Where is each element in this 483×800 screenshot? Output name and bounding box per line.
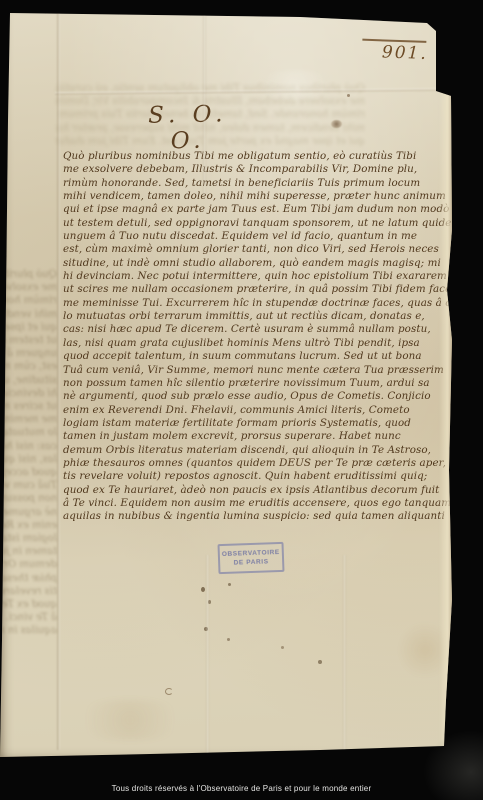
ghost-line: quod ex Te hauriaret, àdeò non paucis ex… bbox=[2, 598, 57, 611]
manuscript-line: ut scires me nullam occasionem præterire… bbox=[63, 283, 463, 296]
ghost-line: las, nisi quam grata cujuslibet hominis … bbox=[2, 453, 57, 466]
ghost-line: nè argumenti, quod sub prælo esse audio,… bbox=[2, 506, 57, 519]
ghost-line: unguem â Tuo nutu discedat. Equidem vel … bbox=[2, 347, 57, 360]
ghost-line: qui et ipse magnâ ex parte jam Tuus est.… bbox=[2, 321, 57, 334]
manuscript-line: qui et ipse magnâ ex parte jam Tuus est.… bbox=[63, 203, 463, 216]
folio-number: 901. bbox=[362, 39, 439, 65]
ghost-line: tamen in justam molem excrevit, prorsus … bbox=[2, 545, 57, 558]
manuscript-line: aquilas in nubibus & ingentia lumina sus… bbox=[63, 510, 463, 523]
manuscript-line: est, cùm maximè omnium glorier tanti, no… bbox=[63, 243, 463, 256]
paper-highlight bbox=[250, 70, 340, 100]
ghost-line: ut scires me nullam occasionem præterire… bbox=[2, 400, 57, 413]
manuscript-line: tis revelare voluit) repostos agnoscit. … bbox=[63, 470, 463, 483]
ghost-line: Tuâ cum veniâ, Vir Summe, memori nunc me… bbox=[2, 479, 57, 492]
manuscript-line: Tuâ cum veniâ, Vir Summe, memori nunc me… bbox=[63, 364, 463, 377]
manuscript-line: quod accepit talentum, in suum commutans… bbox=[63, 350, 463, 363]
ghost-line: enim ex Reverendi Dni. Fhelavii, communi… bbox=[2, 519, 57, 532]
letter-body: Quò pluribus nominibus Tibi me obligatum… bbox=[63, 150, 463, 524]
ghost-line: quod accepit talentum, in suum commutans… bbox=[2, 466, 57, 479]
ghost-line: ut testem detuli, sed oppignoravi tanqua… bbox=[2, 334, 57, 347]
foxing-stain bbox=[70, 700, 190, 740]
manuscript-line: logiam istam materiæ fertilitate formam … bbox=[63, 417, 463, 430]
manuscript-line: situdine, ut indè omni studio allaborem,… bbox=[63, 257, 463, 270]
ghost-line: demum Orbis literatus materiam discendi,… bbox=[2, 558, 57, 571]
ghost-line: situdine, ut indè omni studio allaborem,… bbox=[2, 374, 57, 387]
ghost-line: tis revelare voluit) repostos agnoscit. … bbox=[2, 585, 57, 598]
folio-number-text: 901. bbox=[362, 42, 439, 65]
manuscript-line: Quò pluribus nominibus Tibi me obligatum… bbox=[63, 150, 463, 163]
paper-crease bbox=[203, 0, 206, 195]
ghost-line: cas: nisi hæc apud Te dicerem. Certè usu… bbox=[2, 440, 57, 453]
manuscript-line: enim ex Reverendi Dni. Fhelavii, communi… bbox=[63, 404, 463, 417]
ink-speck bbox=[281, 646, 284, 649]
manuscript-line: lo mutuatas orbi terrarum immittis, aut … bbox=[63, 310, 463, 323]
ink-speck bbox=[347, 94, 350, 97]
ghost-line: est, cùm maximè omnium glorier tanti, no… bbox=[2, 360, 57, 373]
ghost-line: â Te vinci. Equidem non ausim me eruditi… bbox=[2, 611, 57, 624]
salutation: S. O. O. bbox=[128, 101, 249, 155]
manuscript-line: phiæ thesauros omnes (quantos quidem DEU… bbox=[63, 457, 463, 470]
ghost-line: logiam istam materiæ fertilitate formam … bbox=[2, 532, 57, 545]
paper-crease bbox=[343, 555, 346, 755]
ghost-line: Quò pluribus nominibus Tibi me obligatum… bbox=[2, 268, 57, 281]
manuscript-line: rimùm honorande. Sed, tametsi in benefic… bbox=[63, 177, 463, 190]
copyright-caption: Tous droits réservés à l'Observatoire de… bbox=[0, 784, 483, 793]
manuscript-line: â Te vinci. Equidem non ausim me eruditi… bbox=[63, 497, 463, 510]
manuscript-page: Quò pluribus nominibus Tibi me obligatum… bbox=[0, 0, 483, 762]
manuscript-line: ut testem detuli, sed oppignoravi tanqua… bbox=[63, 217, 463, 230]
ghost-line: non possum tamen hîc silentio præterire … bbox=[2, 492, 57, 505]
page-fold-edge bbox=[57, 10, 60, 750]
foxing-stain bbox=[400, 620, 450, 680]
stamp-line-2: DE PARIS bbox=[233, 557, 268, 568]
manuscript-scan: Quò pluribus nominibus Tibi me obligatum… bbox=[0, 0, 483, 800]
manuscript-line: hi devinciam. Nec potui intermittere, qu… bbox=[63, 270, 463, 283]
ink-speck bbox=[201, 587, 205, 592]
ink-speck bbox=[318, 660, 322, 664]
paper-crease bbox=[55, 88, 437, 95]
manuscript-line: tamen in justam molem excrevit, prorsus … bbox=[63, 430, 463, 443]
manuscript-line: nè argumenti, quod sub prælo esse audio,… bbox=[63, 390, 463, 403]
manuscript-line: mihi vendicem, tamen doleo, nihil mihi s… bbox=[63, 190, 463, 203]
observatoire-stamp: OBSERVATOIRE DE PARIS bbox=[217, 542, 284, 574]
ghost-line: hi devinciam. Nec potui intermittere, qu… bbox=[2, 387, 57, 400]
manuscript-line: cas: nisi hæc apud Te dicerem. Certè usu… bbox=[63, 323, 463, 336]
bleed-through-left: Quò pluribus nominibus Tibi me obligatum… bbox=[2, 268, 57, 658]
ghost-line: lo mutuatas orbi terrarum immittis, aut … bbox=[2, 426, 57, 439]
ink-speck bbox=[227, 638, 230, 641]
ghost-line: phiæ thesauros omnes (quantos quidem DEU… bbox=[2, 572, 57, 585]
manuscript-line: me meminisse Tui. Excurrerem hîc in stup… bbox=[63, 297, 463, 310]
ghost-line: rimùm honorande. Sed, tametsi in benefic… bbox=[2, 294, 57, 307]
ghost-line: aquilas in nubibus & ingentia lumina sus… bbox=[2, 624, 57, 637]
ghost-line: me meminisse Tui. Excurrerem hîc in stup… bbox=[2, 413, 57, 426]
manuscript-line: me exsolvere debebam, Illustris & Incomp… bbox=[63, 163, 463, 176]
manuscript-line: demum Orbis literatus materiam discendi,… bbox=[63, 444, 463, 457]
manuscript-line: unguem â Tuo nutu discedat. Equidem vel … bbox=[63, 230, 463, 243]
manuscript-line: quod ex Te hauriaret, àdeò non paucis ex… bbox=[63, 484, 463, 497]
ghost-line: me exsolvere debebam, Illustris & Incomp… bbox=[2, 281, 57, 294]
ink-blot bbox=[331, 120, 342, 128]
ink-speck bbox=[228, 583, 231, 586]
ink-mark bbox=[165, 688, 173, 695]
ghost-line: mihi vendicem, tamen doleo, nihil mihi s… bbox=[2, 308, 57, 321]
manuscript-line: las, nisi quam grata cujuslibet hominis … bbox=[63, 337, 463, 350]
paper-crease bbox=[206, 555, 209, 755]
manuscript-line: non possum tamen hîc silentio præterire … bbox=[63, 377, 463, 390]
